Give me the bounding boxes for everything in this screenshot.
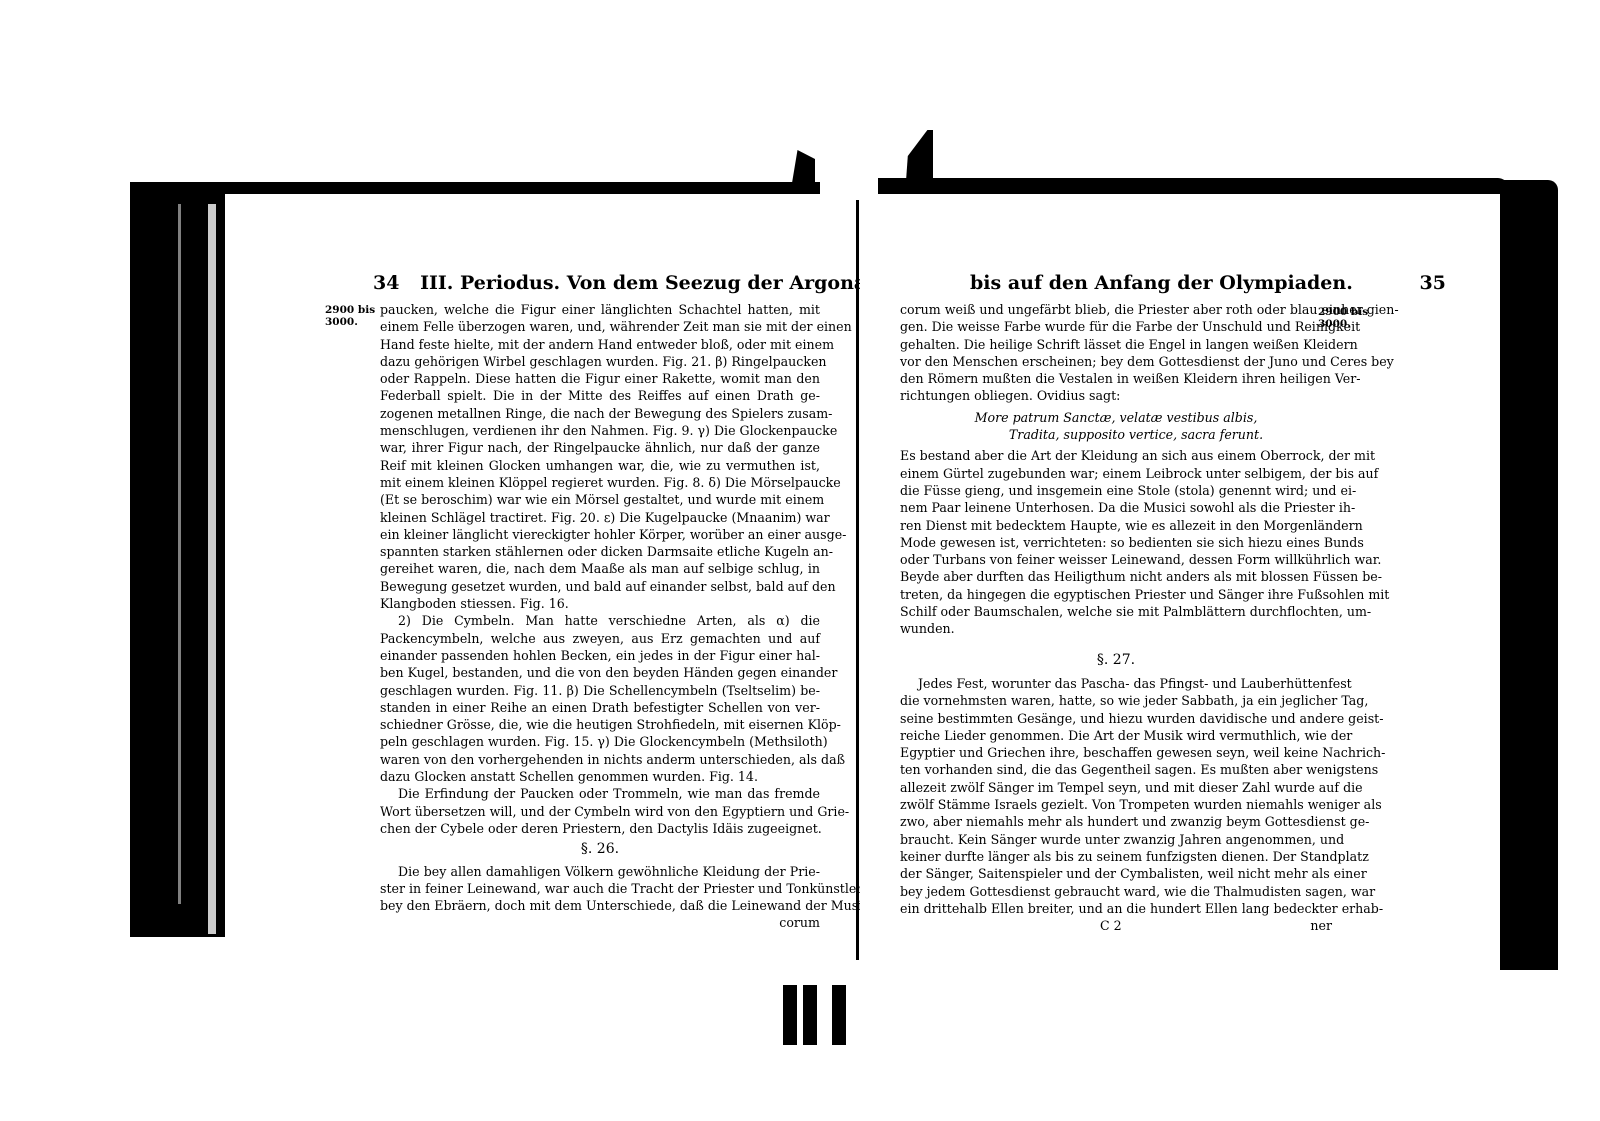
body-text: corum weiß und ungefärbt blieb, die Prie… xyxy=(900,301,1332,934)
text-line: Wort übersetzen will, und der Cymbeln wi… xyxy=(380,803,820,820)
text-line: oder Turbans von feiner weisser Leinewan… xyxy=(900,551,1332,568)
text-line: ben Kugel, bestanden, und die von den be… xyxy=(380,664,820,681)
paragraph: 2) Die Cymbeln. Man hatte verschiedne Ar… xyxy=(380,612,820,629)
book-cover-right xyxy=(1500,180,1558,970)
paragraph: paucken, welche die Figur einer länglich… xyxy=(380,301,820,612)
text-line: Beyde aber durften das Heiligthum nicht … xyxy=(900,568,1332,585)
signature-mark: C 2 xyxy=(1100,917,1122,934)
text-line: war, ihrer Figur nach, der Ringelpaucke … xyxy=(380,439,820,456)
text-line: Die Erfindung der Paucken oder Trommeln,… xyxy=(380,785,820,802)
running-head-left: 34 III. Periodus. Von dem Seezug der Arg… xyxy=(373,272,915,294)
text-line: die vornehmsten waren, hatte, so wie jed… xyxy=(900,692,1332,709)
section-heading: §. 27. xyxy=(900,652,1332,669)
text-line: zwo, aber niemahls mehr als hundert und … xyxy=(900,813,1332,830)
text-line: reiche Lieder genommen. Die Art der Musi… xyxy=(900,727,1332,744)
right-page: bis auf den Anfang der Olympiaden. 35 29… xyxy=(860,194,1500,974)
paragraph: Jedes Fest, worunter das Pascha- das Pfi… xyxy=(900,675,1332,917)
text-line: Packencymbeln, welche aus zweyen, aus Er… xyxy=(380,630,820,647)
spine-bottom-shadow xyxy=(783,985,797,1045)
text-line: ein kleiner länglicht viereckigter hohle… xyxy=(380,526,820,543)
running-head-text: bis auf den Anfang der Olympiaden. xyxy=(970,272,1353,294)
text-line: dazu Glocken anstatt Schellen genommen w… xyxy=(380,768,820,785)
running-head-text: III. Periodus. Von dem Seezug der Argona… xyxy=(420,272,915,294)
text-line: allezeit zwölf Sänger im Tempel seyn, un… xyxy=(900,779,1332,796)
verse-line: More patrum Sanctæ, velatæ vestibus albi… xyxy=(900,409,1332,426)
paragraph: Die Erfindung der Paucken oder Trommeln,… xyxy=(380,785,820,837)
text-line: Reif mit kleinen Glocken umhangen war, d… xyxy=(380,457,820,474)
margin-note-line: 3000. xyxy=(325,316,375,328)
text-line: Die bey allen damahligen Völkern gewöhnl… xyxy=(380,863,820,880)
paragraph: Es bestand aber die Art der Kleidung an … xyxy=(900,447,1332,637)
text-line: peln geschlagen wurden. Fig. 15. γ) Die … xyxy=(380,733,820,750)
verse-line: Tradita, supposito vertice, sacra ferunt… xyxy=(900,426,1332,443)
text-line: Jedes Fest, worunter das Pascha- das Pfi… xyxy=(900,675,1332,692)
text-line: einem Felle überzogen waren, und, währen… xyxy=(380,318,820,335)
text-line: paucken, welche die Figur einer länglich… xyxy=(380,301,820,318)
text-line: den Römern mußten die Vestalen in weißen… xyxy=(900,370,1332,387)
text-line: dazu gehörigen Wirbel geschlagen wurden.… xyxy=(380,353,820,370)
spine-bottom-shadow xyxy=(803,985,817,1045)
text-line: ster in feiner Leinewand, war auch die T… xyxy=(380,880,820,897)
text-line: Egyptier und Griechen ihre, beschaffen g… xyxy=(900,744,1332,761)
text-line: einem Gürtel zugebunden war; einem Leibr… xyxy=(900,465,1332,482)
text-line: geschlagen wurden. Fig. 11. β) Die Schel… xyxy=(380,682,820,699)
paragraph: corum weiß und ungefärbt blieb, die Prie… xyxy=(900,301,1332,405)
text-line: treten, da hingegen die egyptischen Prie… xyxy=(900,586,1332,603)
text-line: Bewegung gesetzet wurden, und bald auf e… xyxy=(380,578,820,595)
section-heading: §. 26. xyxy=(380,841,820,858)
text-line: Schilf oder Baumschalen, welche sie mit … xyxy=(900,603,1332,620)
running-head-right: bis auf den Anfang der Olympiaden. 35 xyxy=(970,272,1446,294)
text-line: kleinen Schlägel tractiret. Fig. 20. ε) … xyxy=(380,509,820,526)
text-line: 2) Die Cymbeln. Man hatte verschiedne Ar… xyxy=(398,612,820,629)
text-line: schiedner Grösse, die, wie die heutigen … xyxy=(380,716,820,733)
page-number: 35 xyxy=(1419,272,1445,294)
page-footer: C 2 ner xyxy=(900,917,1332,934)
text-line: braucht. Kein Sänger wurde unter zwanzig… xyxy=(900,831,1332,848)
text-line: Mode gewesen ist, verrichteten: so bedie… xyxy=(900,534,1332,551)
margin-date-note: 2900 bis 3000. xyxy=(325,304,375,328)
text-line: zwölf Stämme Israels gezielt. Von Trompe… xyxy=(900,796,1332,813)
text-line: mit einem kleinen Klöppel regieret wurde… xyxy=(380,474,820,491)
text-line: wunden. xyxy=(900,620,1332,637)
catchword: corum xyxy=(380,914,820,931)
text-line: chen der Cybele oder deren Priestern, de… xyxy=(380,820,820,837)
text-line: spannten starken stählernen oder dicken … xyxy=(380,543,820,560)
paragraph: Packencymbeln, welche aus zweyen, aus Er… xyxy=(380,630,820,786)
text-line: nem Paar leinene Unterhosen. Da die Musi… xyxy=(900,499,1332,516)
text-line: bey jedem Gottesdienst gebraucht ward, w… xyxy=(900,883,1332,900)
text-line: seine bestimmten Gesänge, und hiezu wurd… xyxy=(900,710,1332,727)
text-line: gehalten. Die heilige Schrift lässet die… xyxy=(900,336,1332,353)
text-line: oder Rappeln. Diese hatten die Figur ein… xyxy=(380,370,820,387)
text-line: keiner durfte länger als bis zu seinem f… xyxy=(900,848,1332,865)
text-line: einander passenden hohlen Becken, ein je… xyxy=(380,647,820,664)
text-line: gereihet waren, die, nach dem Maaße als … xyxy=(380,560,820,577)
text-line: zogenen metallnen Ringe, die nach der Be… xyxy=(380,405,820,422)
text-line: ein drittehalb Ellen breiter, und an die… xyxy=(900,900,1332,917)
text-line: Federball spielt. Die in der Mitte des R… xyxy=(380,387,820,404)
text-line: gen. Die weisse Farbe wurde für die Farb… xyxy=(900,318,1332,335)
text-line: corum weiß und ungefärbt blieb, die Prie… xyxy=(900,301,1332,318)
text-line: ten vorhanden sind, die das Gegentheil s… xyxy=(900,761,1332,778)
text-line: waren von den vorhergehenden in nichts a… xyxy=(380,751,820,768)
text-line: Klangboden stiessen. Fig. 16. xyxy=(380,595,820,612)
text-line: Hand feste hielte, mit der andern Hand e… xyxy=(380,336,820,353)
book-cover-left xyxy=(130,184,225,937)
text-line: standen in einer Reihe an einen Drath be… xyxy=(380,699,820,716)
spine-shadow-left xyxy=(790,150,815,195)
text-line: bey den Ebräern, doch mit dem Unterschie… xyxy=(380,897,820,914)
left-page: 34 III. Periodus. Von dem Seezug der Arg… xyxy=(225,194,855,964)
text-line: (Et se beroschim) war wie ein Mörsel ges… xyxy=(380,491,820,508)
text-line: vor den Menschen erscheinen; bey dem Got… xyxy=(900,353,1332,370)
spine-shadow-right xyxy=(905,130,933,195)
page-edge xyxy=(208,204,216,934)
paragraph: Die bey allen damahligen Völkern gewöhnl… xyxy=(380,863,820,915)
latin-verse: More patrum Sanctæ, velatæ vestibus albi… xyxy=(900,409,1332,444)
body-text: paucken, welche die Figur einer länglich… xyxy=(380,301,820,932)
spine-bottom-shadow xyxy=(832,985,846,1045)
book-cover-top-left xyxy=(130,182,820,194)
margin-note-line: 2900 bis xyxy=(325,304,375,316)
text-line: der Sänger, Saitenspieler und der Cymbal… xyxy=(900,865,1332,882)
text-line: ren Dienst mit bedecktem Haupte, wie es … xyxy=(900,517,1332,534)
text-line: menschlugen, verdienen ihr den Nahmen. F… xyxy=(380,422,820,439)
text-line: die Füsse gieng, und insgemein eine Stol… xyxy=(900,482,1332,499)
book-gutter xyxy=(856,200,859,960)
book-cover-top-right xyxy=(878,178,1508,194)
page-edge xyxy=(178,204,181,904)
text-line: richtungen obliegen. Ovidius sagt: xyxy=(900,387,1332,404)
catchword: ner xyxy=(1310,917,1332,934)
page-number: 34 xyxy=(373,272,399,294)
text-line: Es bestand aber die Art der Kleidung an … xyxy=(900,447,1332,464)
